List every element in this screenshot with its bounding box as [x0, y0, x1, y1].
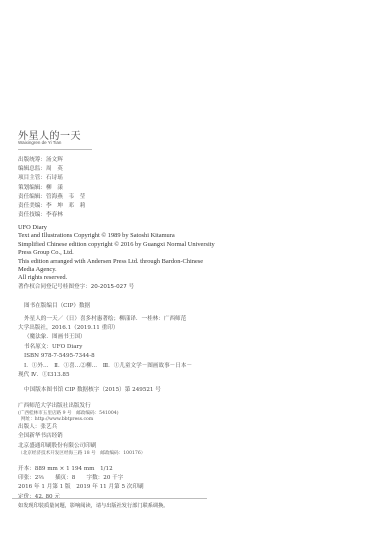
- quality-notice: 如发现印装质量问题，影响阅读，请与出版社发行部门联系调换。: [18, 502, 168, 509]
- cip-classification: Ⅰ．①外… Ⅱ．①喜…②柳… Ⅲ．①儿童文学－图画故事－日本－ 现代 Ⅳ．①I3…: [18, 362, 192, 380]
- cip-line: 外星人的一天／（日）喜多村惠著绘；柳漾译．一桂林：广西师范: [18, 315, 186, 324]
- copyright-chinese-edition-cont: Press Group Co., Ltd.: [18, 249, 215, 257]
- title-divider: [18, 149, 92, 150]
- credit-item: 项目主管：石诗瑶: [18, 174, 85, 183]
- credits-list: 出版统筹：汤文辉 编辑总监：周 英 项目主管：石诗瑶 策划编辑：柳 漾 责任编辑…: [18, 156, 85, 220]
- credit-item: 策划编辑：柳 漾: [18, 184, 85, 193]
- credit-item: 责任美编：李 坤 邓 莉: [18, 202, 85, 211]
- printer: 北京盛通印刷股份有限公司印刷: [18, 442, 145, 451]
- cip-line: （魔法象．图画书王国）: [18, 333, 186, 342]
- isbn: ISBN 978-7-5495-7344-8: [18, 352, 186, 361]
- cip-heading: 图书在版编目（CIP）数据: [24, 302, 90, 311]
- copyright-text-illustrations: Text and Illustrations Copyright © 1989 …: [18, 232, 215, 240]
- cip-line: 书名原文：UFO Diary: [18, 343, 186, 352]
- english-copyright-block: UFO Diary Text and Illustrations Copyrig…: [18, 224, 215, 292]
- specs-block: 开本：889 mm × 1 194 mm 1/12 印张：2⅔ 插页：8 字数：…: [18, 465, 144, 502]
- arrangement-note-cont: Media Agency.: [18, 266, 215, 274]
- format: 开本：889 mm × 1 194 mm 1/12: [18, 465, 144, 474]
- classification-line: 现代 Ⅳ．①I313.85: [18, 371, 192, 380]
- cip-number: 中国版本图书馆 CIP 数据核字（2015）第 249521 号: [24, 386, 161, 395]
- contract-registration: 著作权合同登记号桂图登字：20-2015-027 号: [18, 283, 215, 292]
- publisher-block: 广西师范大学出版社出版发行 (广西桂林市五里店路 9 号 邮政编码：541004…: [18, 402, 145, 457]
- notice-divider: [12, 498, 207, 499]
- printer-address: （北京经济技术开发区经海三路 18 号 邮政编码：100176）: [18, 451, 145, 457]
- edition: 2016 年 1 月第 1 版 2019 年 11 月第 5 次印刷: [18, 483, 144, 492]
- credit-item: 责任编辑：管海燕 韦 莹: [18, 193, 85, 202]
- cip-body: 外星人的一天／（日）喜多村惠著绘；柳漾译．一桂林：广西师范 大学出版社，2016…: [18, 315, 186, 361]
- sheets: 印张：2⅔ 插页：8 字数：20 千字: [18, 474, 144, 483]
- distributor: 全国新华书店经销: [18, 432, 145, 441]
- book-title-pinyin: Waixingren de Yi Tian: [18, 140, 61, 145]
- publisher-name: 广西师范大学出版社出版发行: [18, 402, 145, 411]
- arrangement-note: This edition arranged with Andersen Pres…: [18, 258, 215, 266]
- classification-line: Ⅰ．①外… Ⅱ．①喜…②柳… Ⅲ．①儿童文学－图画故事－日本－: [18, 362, 192, 371]
- cip-line: 大学出版社，2016.1（2019.11 重印）: [18, 324, 186, 333]
- rights-reserved: All rights reserved.: [18, 274, 215, 282]
- credit-item: 编辑总监：周 英: [18, 165, 85, 174]
- credit-item: 出版统筹：汤文辉: [18, 156, 85, 165]
- copyright-page: 外星人的一天 Waixingren de Yi Tian 出版统筹：汤文辉 编辑…: [0, 0, 375, 535]
- publisher-person: 出版人：张艺兵: [18, 423, 145, 432]
- original-title: UFO Diary: [18, 224, 215, 232]
- copyright-chinese-edition: Simplified Chinese edition copyright © 2…: [18, 241, 215, 249]
- credit-item: 责任技编：李春林: [18, 211, 85, 220]
